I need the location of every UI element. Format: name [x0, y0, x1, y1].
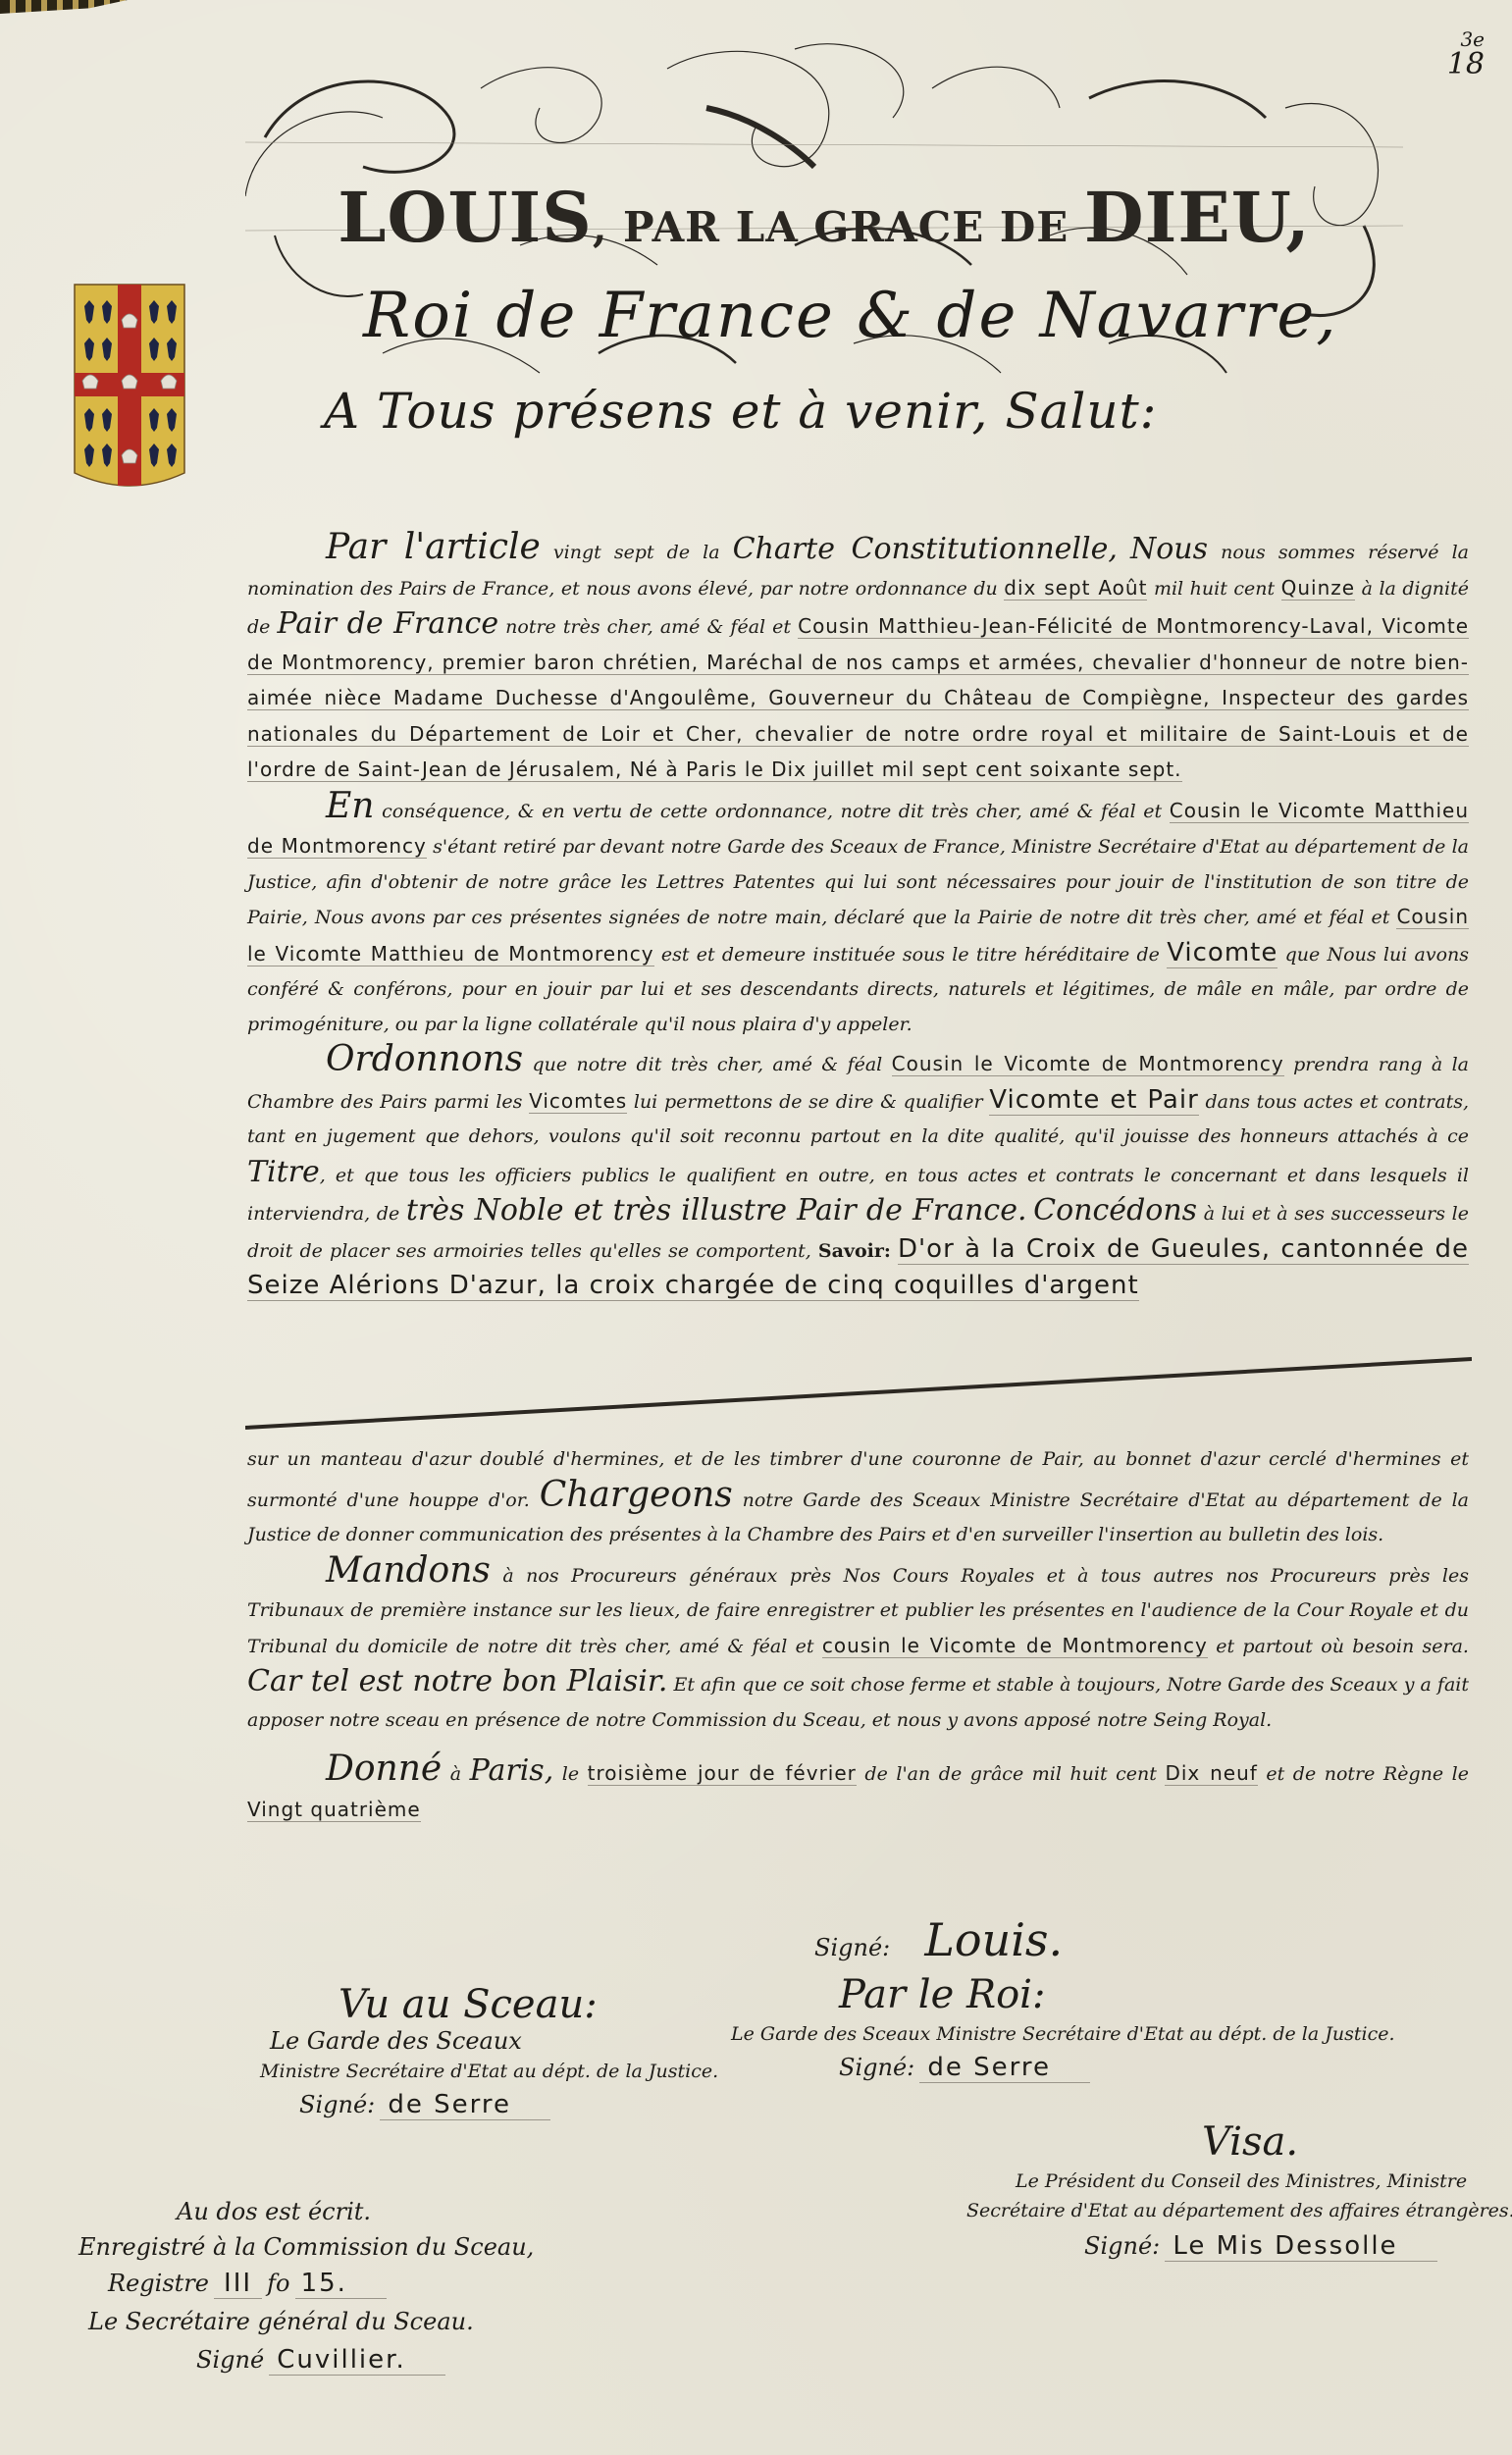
coat-of-arms-icon	[71, 277, 188, 495]
handwritten-date: dix sept Août	[1004, 576, 1147, 601]
title-line-king: LOUIS, PAR LA GRACE DE DIEU,	[304, 177, 1344, 258]
title-line-salutation: A Tous présens et à venir, Salut:	[324, 383, 1364, 440]
handwritten-year: Quinze	[1281, 576, 1355, 601]
paragraph-manteau: sur un manteau d'azur doublé d'hermines,…	[247, 1442, 1469, 1553]
seal-keeper-signature-block: Vu au Sceau: Le Garde des Sceaux Ministr…	[260, 1982, 711, 2119]
letters-patent-body-part1: Par l'article vingt sept de la Charte Co…	[247, 530, 1469, 1306]
paragraph-donne: Donné à Paris, le troisième jour de févr…	[247, 1751, 1469, 1828]
visa-signature-block: Visa. Le Président du Conseil des Minist…	[966, 2119, 1496, 2261]
paragraph-mandons: Mandons à nos Procureurs généraux près N…	[247, 1553, 1469, 1739]
king-signature: Signé: Louis.	[814, 1913, 1063, 1966]
royal-header: LOUIS, PAR LA GRACE DE DIEU, Roi de Fran…	[245, 29, 1403, 491]
handwritten-title-vicomte: Vicomte	[1167, 938, 1277, 968]
folio-bottom: 18	[1447, 47, 1485, 81]
blank-fill-stroke	[245, 1354, 1472, 1433]
paragraph-article: Par l'article vingt sept de la Charte Co…	[247, 530, 1469, 789]
parchment-page: 3e 18 LOUIS, PAR LA GRACE	[0, 0, 1512, 2455]
par-le-roi-signature-block: Par le Roi: Le Garde des Sceaux Ministre…	[711, 1972, 1379, 2082]
title-line-realm: Roi de France & de Navarre,	[363, 280, 1344, 352]
paragraph-consequence: En conséquence, & en vertu de cette ordo…	[247, 789, 1469, 1043]
letters-patent-body-part2: sur un manteau d'azur doublé d'hermines,…	[247, 1442, 1469, 1828]
background-fabric-corner	[0, 0, 128, 14]
paragraph-ordonnons: Ordonnons que notre dit très cher, amé &…	[247, 1042, 1469, 1306]
folio-number: 3e 18	[1447, 27, 1485, 81]
registration-note: Au dos est écrit. Enregistré à la Commis…	[78, 2198, 549, 2375]
